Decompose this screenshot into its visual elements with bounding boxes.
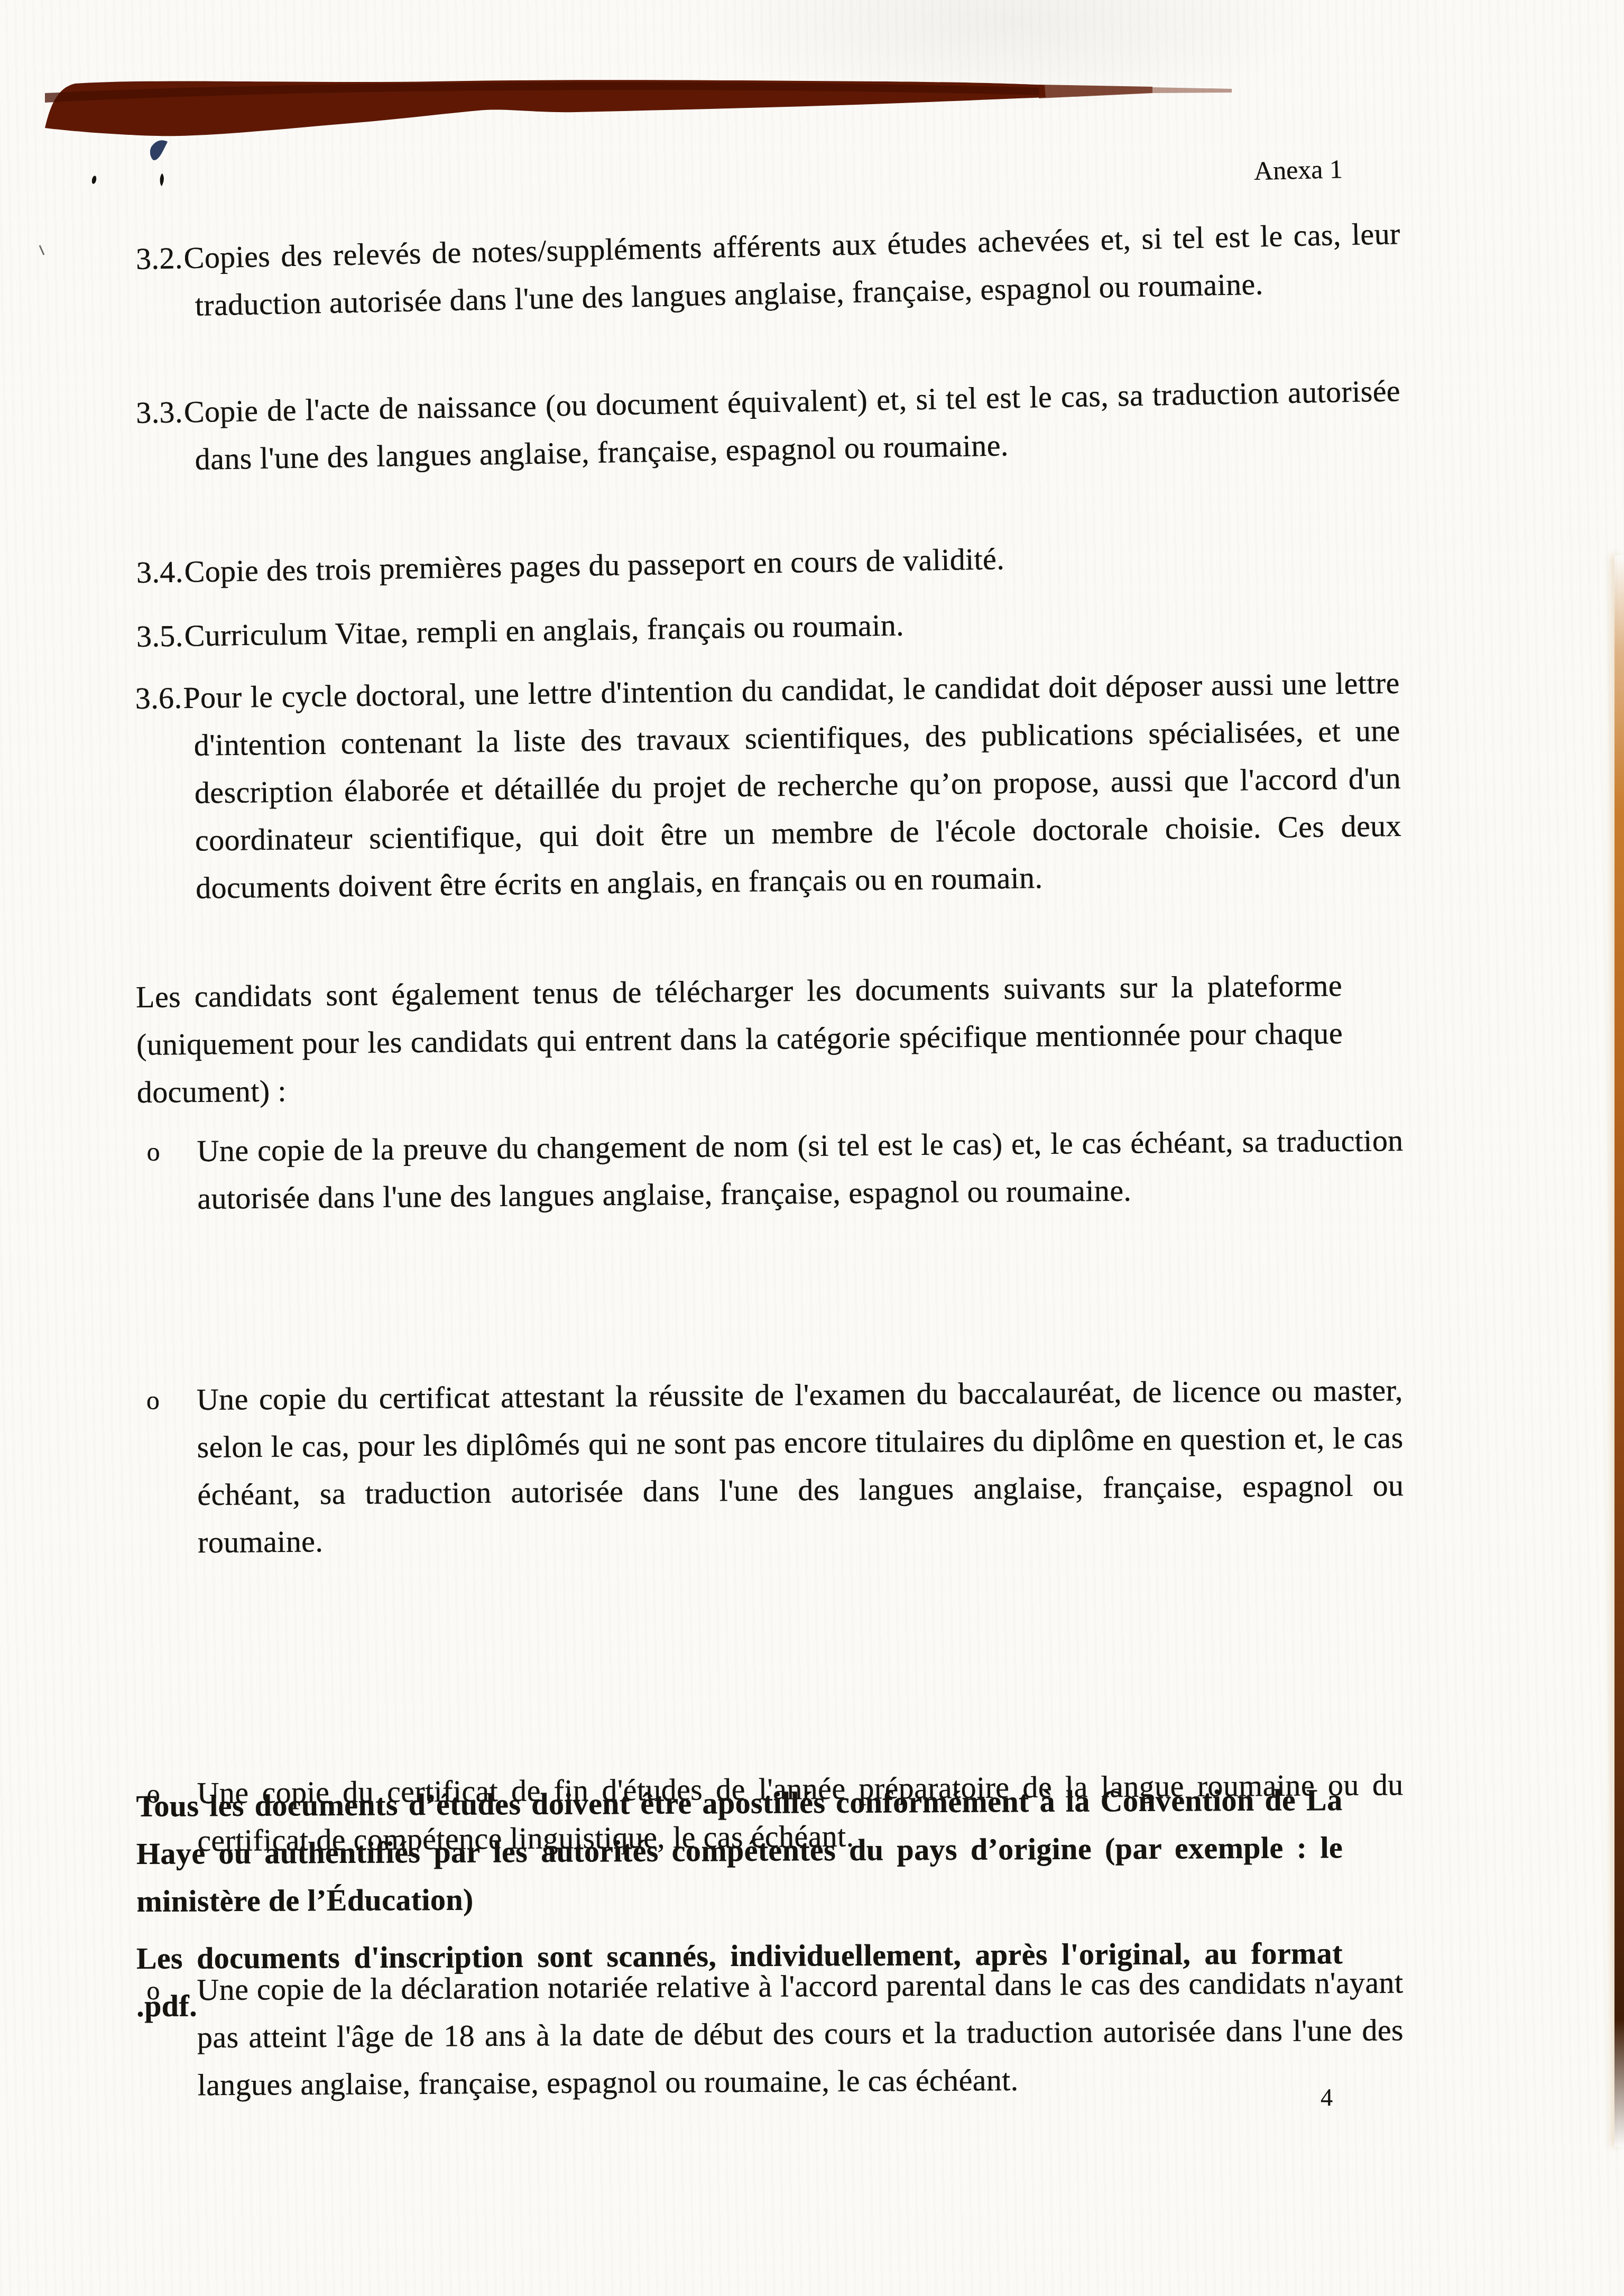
item-number: 3.5.	[136, 619, 185, 654]
bullet-item-1: oUne copie de la preuve du changement de…	[136, 1117, 1404, 1223]
bullet-marker: o	[146, 1132, 160, 1171]
bullet-text: Une copie du certificat attestant la réu…	[197, 1373, 1404, 1559]
list-item-3-4: 3.4.Copie des trois premières pages du p…	[136, 529, 1401, 596]
list-item-3-6: 3.6.Pour le cycle doctoral, une lettre d…	[135, 659, 1402, 913]
item-text: Copie de l'acte de naissance (ou documen…	[183, 373, 1400, 476]
item-text: Copies des relevés de notes/suppléments …	[183, 216, 1400, 323]
item-number: 3.4.	[136, 555, 184, 590]
page-number: 4	[1321, 2084, 1333, 2111]
ink-dot-2	[159, 173, 165, 187]
list-item-3-5: 3.5.Curriculum Vitae, rempli en anglais,…	[136, 594, 1401, 660]
ink-dot-1	[91, 175, 97, 185]
item-text: Copie des trois premières pages du passe…	[184, 541, 1005, 589]
item-text: Curriculum Vitae, rempli en anglais, fra…	[184, 608, 904, 653]
bullet-marker: o	[146, 1381, 160, 1420]
item-number: 3.6.	[135, 681, 183, 715]
bullet-item-2: oUne copie du certificat attestant la ré…	[136, 1366, 1405, 1567]
right-scan-strip	[1614, 555, 1624, 2147]
top-scan-band	[0, 0, 1624, 175]
list-item-3-3: 3.3.Copie de l'acte de naissance (ou doc…	[135, 367, 1401, 484]
ink-tick	[38, 244, 45, 256]
bullet-text: Une copie de la preuve du changement de …	[197, 1123, 1403, 1216]
intro-paragraph: Les candidats sont également tenus de té…	[136, 962, 1343, 1116]
bold-paragraph-1: Tous les documents d’études doivent être…	[136, 1776, 1343, 1925]
list-item-3-2: 3.2.Copies des relevés de notes/suppléme…	[135, 210, 1401, 330]
bold-paragraph-2: Les documents d'inscription sont scannés…	[136, 1930, 1343, 2030]
item-number: 3.3.	[136, 394, 184, 430]
pen-mark	[150, 139, 169, 164]
annex-label: Anexa 1	[1136, 153, 1343, 189]
scanned-document-page: Anexa 1 3.2.Copies des relevés de notes/…	[0, 0, 1624, 2296]
item-number: 3.2.	[135, 241, 184, 276]
item-text: Pour le cycle doctoral, une lettre d'int…	[183, 666, 1401, 905]
